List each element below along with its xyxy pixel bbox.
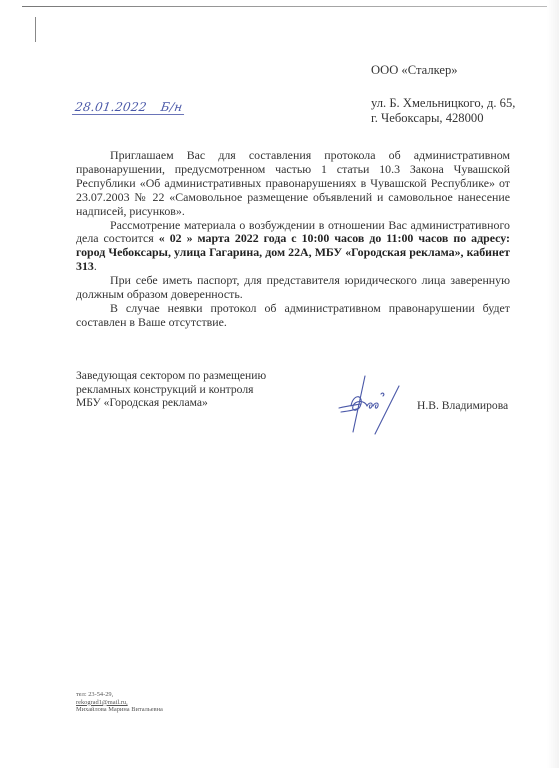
paragraph-invitation: Приглашаем Вас для составления протокола…	[76, 149, 510, 219]
paragraph-hearing-details: Рассмотрение материала о возбуждении в о…	[76, 219, 510, 275]
position-line-1: Заведующая сектором по размещению	[76, 369, 266, 383]
reference-number: Б/н	[160, 100, 184, 114]
recipient-address-line1: ул. Б. Хмельницкого, д. 65,	[371, 96, 515, 112]
reference-date: 28.01.2022	[74, 100, 148, 114]
recipient-block: ООО «Сталкер» ул. Б. Хмельницкого, д. 65…	[371, 63, 515, 127]
position-line-2: рекламных конструкций и контроля	[76, 383, 266, 397]
outgoing-reference-handwritten: 28.01.2022Б/н	[72, 100, 186, 115]
position-line-3: МБУ «Городская реклама»	[76, 396, 266, 410]
recipient-organization: ООО «Сталкер»	[371, 63, 515, 79]
executor-email: rekograd1@mail.ru,	[76, 699, 163, 707]
handwritten-signature-icon	[337, 372, 423, 440]
letter-body: Приглашаем Вас для составления протокола…	[76, 149, 510, 330]
hearing-end-punct: .	[94, 259, 97, 273]
paragraph-documents-required: При себе иметь паспорт, для представител…	[76, 274, 510, 302]
scan-page-edge	[547, 0, 559, 768]
scan-margin-mark	[35, 17, 36, 42]
executor-name: Михайлова Марина Витальевна	[76, 706, 163, 714]
recipient-address-line2: г. Чебоксары, 428000	[371, 111, 515, 127]
signatory-name: Н.В. Владимирова	[417, 399, 508, 412]
executor-phone: тел: 23-54-29,	[76, 691, 163, 699]
signatory-position: Заведующая сектором по размещению реклам…	[76, 369, 266, 410]
executor-contacts: тел: 23-54-29, rekograd1@mail.ru, Михайл…	[76, 691, 163, 714]
paragraph-absence-warning: В случае неявки протокол об администрати…	[76, 302, 510, 330]
scan-edge-line	[22, 6, 552, 7]
